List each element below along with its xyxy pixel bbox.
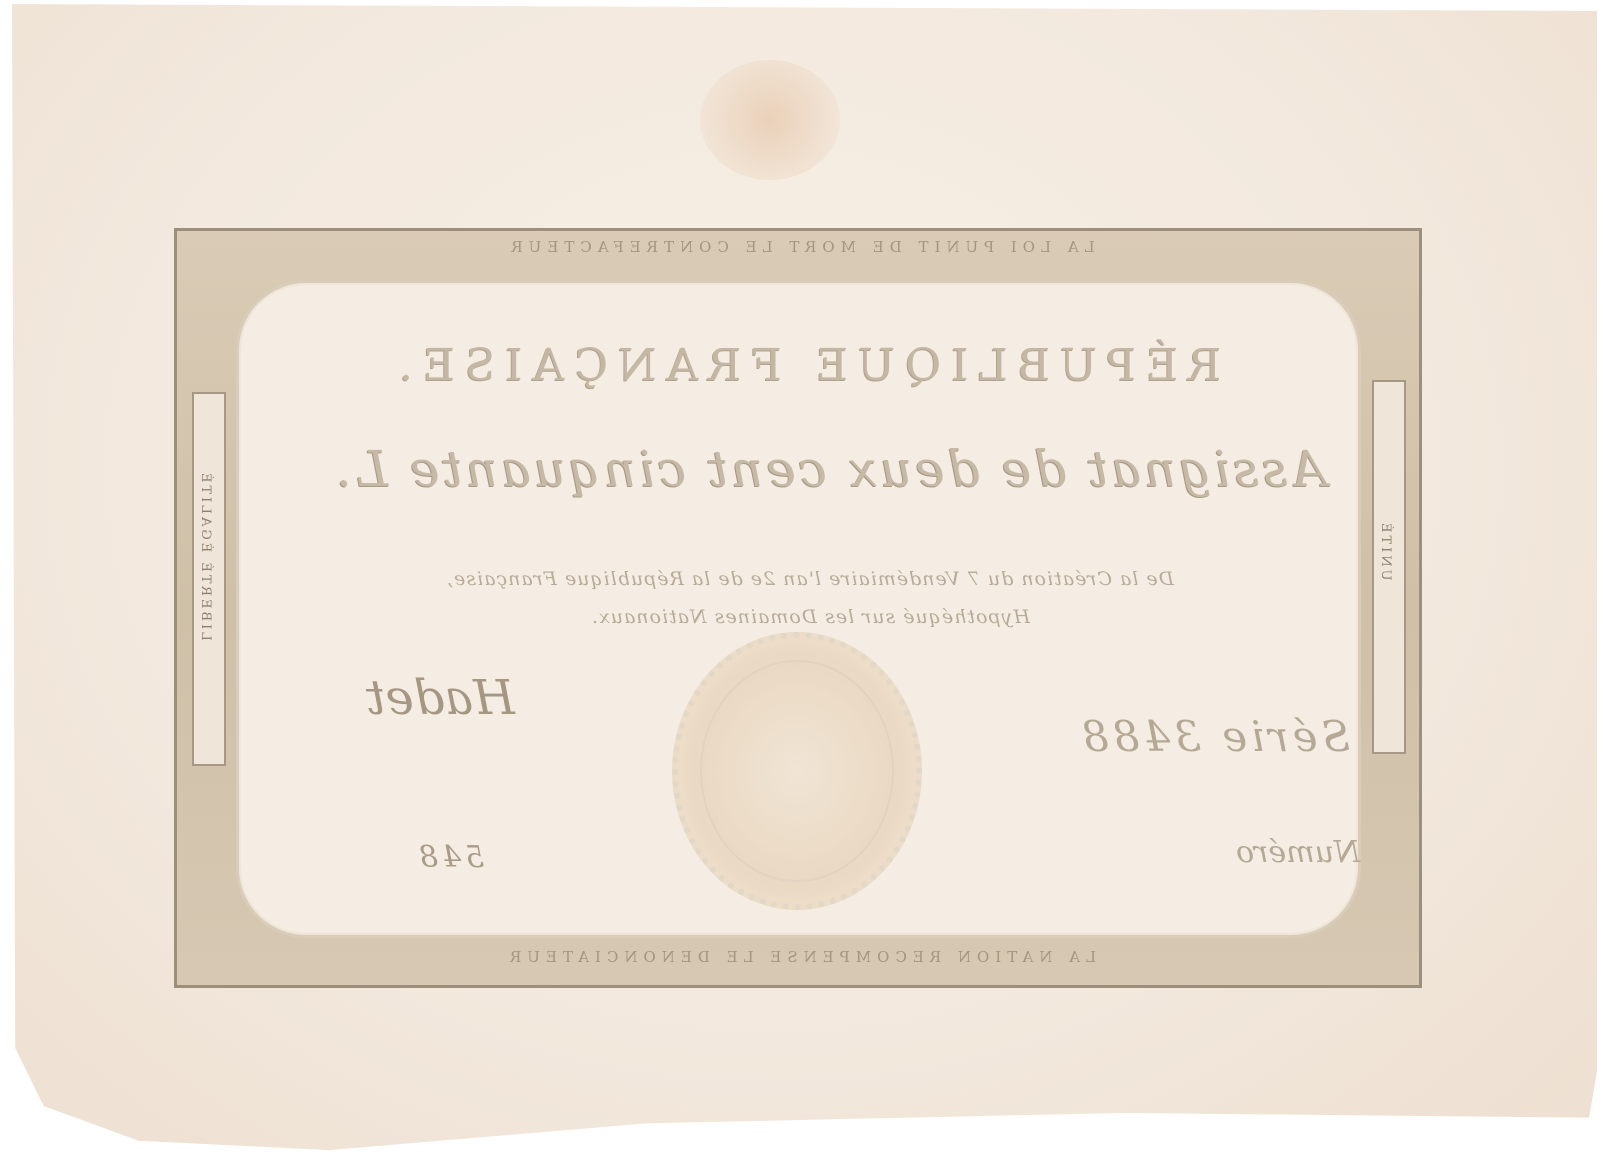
serie: Série 3488 bbox=[730, 712, 1350, 761]
bottom-band-text: LA NATION RECOMPENSE LE DENONCIATEUR bbox=[380, 948, 1220, 966]
numero-label-text: Numéro bbox=[1236, 835, 1360, 870]
numero-value: 548 bbox=[400, 840, 500, 875]
signature-text: Hadet bbox=[366, 670, 515, 726]
top-band-text: LA LOI PUNIT DE MORT LE CONTREFACTEUR bbox=[380, 238, 1220, 256]
legal-line-2-text: Hypothéqué sur les Domaines Nationaux. bbox=[591, 606, 1030, 628]
legal-line-1-text: De la Création du 7 Vendémiaire l'an 2e … bbox=[446, 568, 1174, 590]
numero-label: Numéro bbox=[1180, 835, 1360, 870]
signature: Hadet bbox=[270, 670, 610, 726]
serie-label: Série bbox=[1218, 712, 1350, 761]
seal-inner-ring bbox=[700, 660, 894, 882]
serie-value: 3488 bbox=[1078, 712, 1201, 761]
legal-line-2: Hypothéqué sur les Domaines Nationaux. bbox=[270, 606, 1350, 628]
embossed-seal bbox=[672, 632, 922, 910]
foxing-stain bbox=[700, 60, 840, 180]
legal-line-1: De la Création du 7 Vendémiaire l'an 2e … bbox=[270, 568, 1350, 590]
left-side-text: LIBERTÉ ÉGALITÉ bbox=[198, 470, 213, 641]
numero-value-text: 548 bbox=[415, 840, 484, 875]
denomination-text: Assignat de deux cent cinquante L. bbox=[333, 440, 1327, 498]
denomination: Assignat de deux cent cinquante L. bbox=[300, 440, 1360, 498]
title-text: RÉPUBLIQUE FRANÇAISE. bbox=[389, 340, 1221, 391]
title: RÉPUBLIQUE FRANÇAISE. bbox=[330, 340, 1280, 391]
right-side-text: UNITÉ bbox=[1378, 520, 1393, 581]
